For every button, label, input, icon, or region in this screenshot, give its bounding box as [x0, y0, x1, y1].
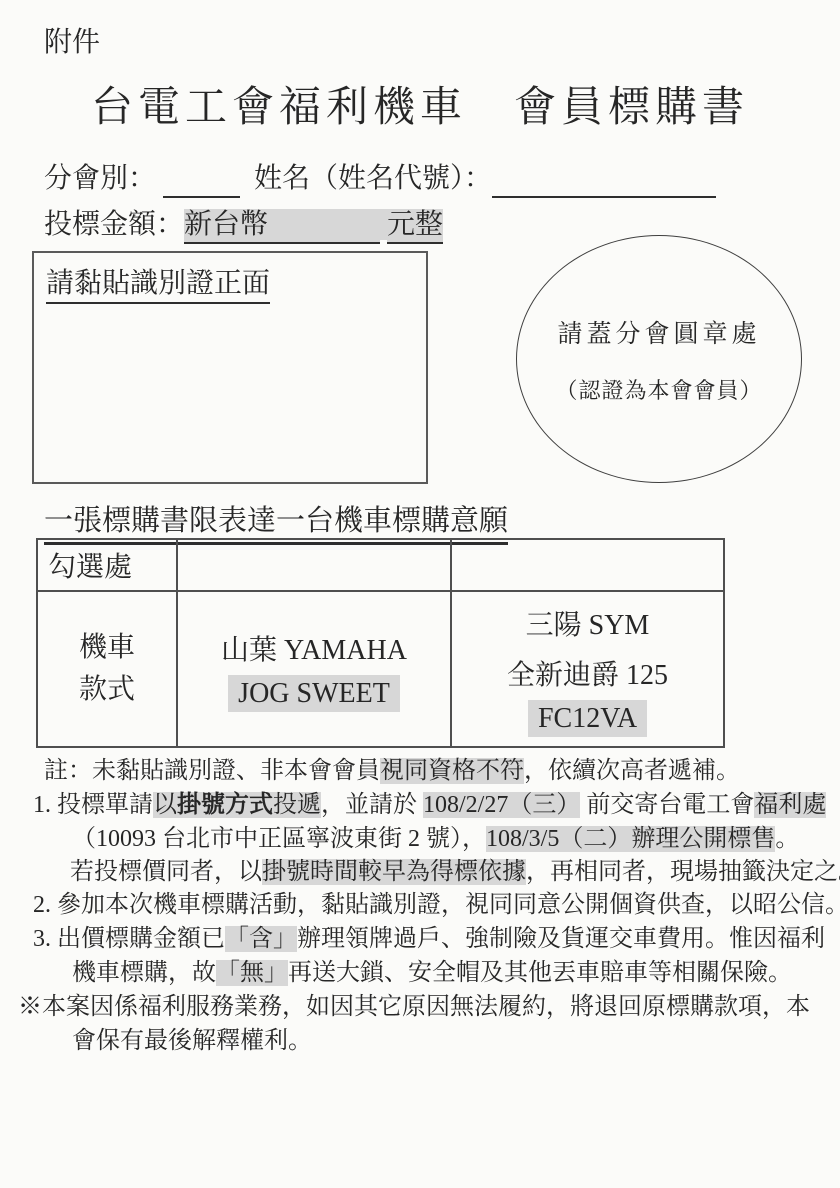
check-cell-sym[interactable]: [451, 539, 724, 591]
option-sym-model: 全新迪爵 125: [453, 653, 722, 693]
option-sym-name: 三陽 SYM: [453, 603, 722, 643]
note-2-privacy: 2. 參加本次機車標購活動，黏貼識別證，視同同意公開個資供查，以昭公信。: [33, 890, 840, 921]
note-3-included: 3. 出價標購金額已「含」辦理領牌過戶、強制險及貨運交車費用。惟因福利: [33, 924, 825, 955]
note-qualification: 註：未黏貼識別證、非本會會員視同資格不符，依續次高者遞補。: [44, 756, 740, 787]
branch-stamp-circle: 請蓋分會圓章處 （認證為本會會員）: [516, 235, 802, 483]
document-page: 附件 台電工會福利機車 會員標購書 分會別： 姓名（姓名代號）： 投標金額：新台…: [0, 0, 840, 1188]
branch-name-line: 分會別： 姓名（姓名代號）：: [44, 156, 716, 196]
model-row-label-line2: 款式: [39, 676, 175, 704]
option-sym-code: FC12VA: [528, 700, 647, 737]
option-yamaha-cell: 山葉 YAMAHA JOG SWEET: [177, 591, 451, 747]
note-disclaimer-line1: ※本案因係福利服務業務，如因其它原因無法履約，將退回原標購款項，本: [18, 992, 810, 1023]
attachment-label: 附件: [44, 20, 100, 60]
model-row-label-line1: 機車: [39, 634, 175, 662]
stamp-circle-line2: （認證為本會會員）: [555, 374, 762, 405]
page-title: 台電工會福利機車 會員標購書: [0, 74, 840, 134]
id-paste-box-label: 請黏貼識別證正面: [46, 268, 270, 304]
model-row-label: 機車 款式: [37, 591, 177, 747]
option-yamaha-name: 山葉 YAMAHA: [179, 628, 449, 668]
bid-amount-line: 投標金額：新台幣 元整: [44, 202, 443, 242]
motorcycle-options-table: 勾選處 機車 款式 山葉 YAMAHA JOG SWEET 三陽 SYM 全新迪…: [36, 538, 725, 748]
id-paste-box: 請黏貼識別證正面: [32, 251, 428, 484]
stamp-circle-line1: 請蓋分會圓章處: [557, 314, 760, 350]
check-row-label: 勾選處: [37, 539, 177, 591]
note-disclaimer-line2: 會保有最後解釋權利。: [72, 1026, 312, 1057]
check-cell-yamaha[interactable]: [177, 539, 451, 591]
option-sym-cell: 三陽 SYM 全新迪爵 125 FC12VA: [451, 591, 724, 747]
note-1-address: （10093 台北市中正區寧波東街 2 號），108/3/5（二）辦理公開標售。: [72, 824, 799, 855]
model-row: 機車 款式 山葉 YAMAHA JOG SWEET 三陽 SYM 全新迪爵 12…: [37, 591, 724, 747]
note-1-mailing: 1. 投標單請以掛號方式投遞，並請於 108/2/27（三） 前交寄台電工會福利…: [33, 790, 826, 821]
check-row: 勾選處: [37, 539, 724, 591]
option-yamaha-model: JOG SWEET: [228, 675, 400, 712]
note-1-tiebreak: 若投標價同者，以掛號時間較早為得標依據，再相同者，現場抽籤決定之。: [70, 857, 840, 888]
note-3-excluded: 機車標購，故「無」再送大鎖、安全帽及其他丟車賠車等相關保險。: [72, 958, 792, 989]
